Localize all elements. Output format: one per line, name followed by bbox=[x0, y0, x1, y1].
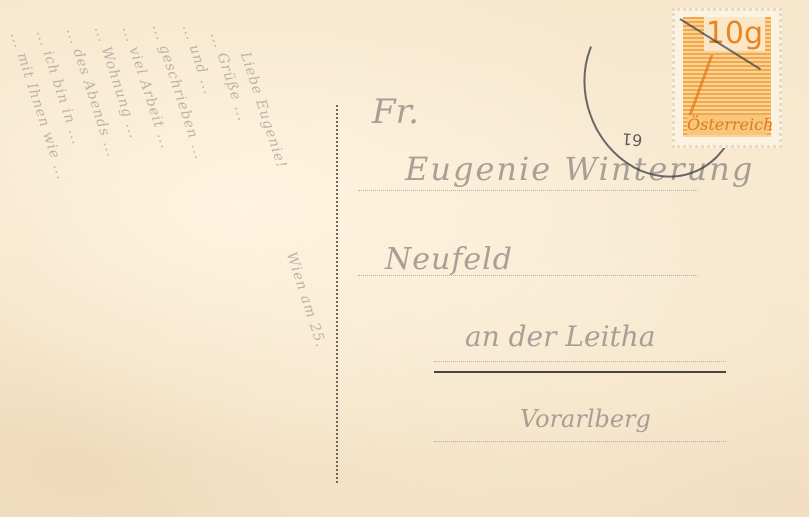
address-locality: an der Leitha bbox=[465, 320, 656, 353]
address-salutation: Fr. bbox=[372, 92, 419, 132]
address-underline bbox=[434, 371, 726, 373]
postage-stamp: 10g Österreich bbox=[672, 8, 782, 148]
postmark-text: 61 bbox=[621, 129, 643, 150]
center-divider bbox=[336, 105, 338, 483]
message-date: Wien am 25. bbox=[283, 250, 329, 350]
stamp-value: 10g bbox=[704, 17, 765, 51]
address-line-rule bbox=[358, 190, 698, 191]
address-region: Vorarlberg bbox=[520, 405, 651, 433]
address-line-rule bbox=[434, 361, 726, 362]
stamp-figure-icon bbox=[688, 55, 774, 118]
postcard: ... mit Ihnen wie ... ... ich bin in ...… bbox=[0, 0, 809, 517]
stamp-image: 10g Österreich bbox=[683, 17, 771, 137]
address-town: Neufeld bbox=[385, 242, 513, 277]
address-line-rule bbox=[434, 441, 726, 442]
stamp-country: Österreich bbox=[687, 115, 767, 135]
